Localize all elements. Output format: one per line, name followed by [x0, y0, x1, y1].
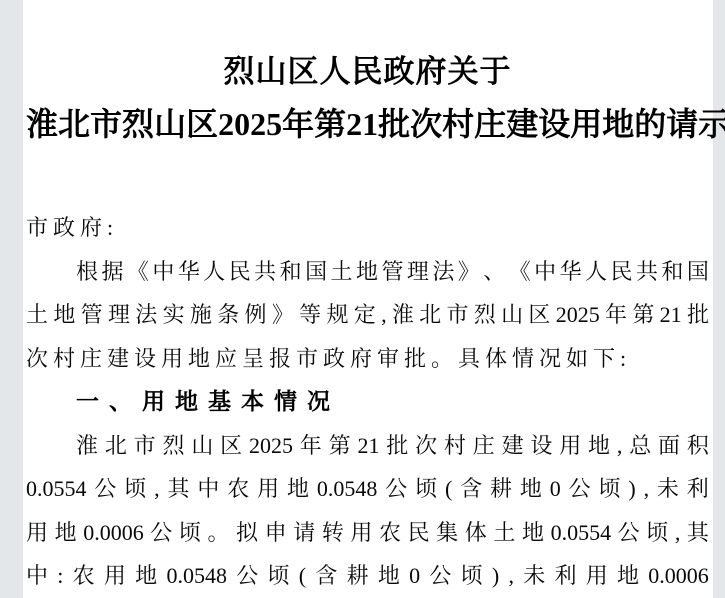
body-line: 用地0.0006公顷。拟申请转用农民集体土地0.0554公顷,其 — [26, 511, 709, 555]
text-token: 公 — [150, 511, 172, 555]
text-token: 区 — [220, 424, 242, 468]
body-line: 淮北市烈山区2025年第21批次村庄建设用地,总面积 — [26, 424, 709, 468]
text-token: , — [675, 511, 681, 555]
text-token: 用 — [257, 467, 279, 511]
text-token: 烈 — [474, 293, 496, 337]
text-token: 烈 — [122, 97, 154, 151]
text-token: 地 — [53, 293, 75, 337]
text-token: 0.0006 — [83, 511, 144, 555]
text-token: 市 — [90, 97, 122, 151]
text-token: 地 — [588, 424, 610, 468]
text-token: 华 — [178, 250, 200, 294]
text-token: 山 — [154, 97, 186, 151]
text-token: 用 — [26, 511, 48, 555]
text-token: 其 — [687, 511, 709, 555]
text-token: 法 — [432, 250, 454, 294]
text-token: 地 — [378, 554, 400, 598]
text-token: 山 — [191, 424, 213, 468]
text-token: 利 — [554, 554, 576, 598]
text-token: ( — [445, 467, 452, 511]
text-token: 土 — [493, 511, 515, 555]
text-token: 21 — [346, 97, 378, 151]
text-token: 公 — [429, 554, 451, 598]
text-token: 顷 — [124, 467, 146, 511]
body-line: 市政府: — [26, 206, 709, 250]
text-token: 华 — [560, 250, 582, 294]
document-viewer: 烈山区人民政府关于 淮北市烈山区2025年第21批次村庄建设用地的请示 市政府:… — [0, 0, 725, 598]
text-token: 批 — [386, 424, 408, 468]
text-token: 未 — [657, 467, 679, 511]
text-token: 耕 — [490, 467, 512, 511]
body-line: 中:农用地0.0548公顷(含耕地0公顷),未利用地0.0006 — [26, 554, 709, 598]
text-token: , — [644, 467, 650, 511]
text-token: 《 — [127, 250, 149, 294]
text-token: 北 — [419, 293, 441, 337]
text-token: 公 — [569, 467, 591, 511]
text-token: 年 — [300, 424, 322, 468]
text-token: 设 — [530, 424, 552, 468]
text-token: 根 — [76, 250, 98, 294]
text-token: ( — [299, 554, 306, 598]
text-token: 顷 — [461, 554, 483, 598]
text-token: 集 — [436, 511, 458, 555]
text-token: 据 — [101, 250, 123, 294]
text-token: 0 — [409, 554, 420, 598]
text-token: 国 — [305, 250, 327, 294]
text-token: ) — [492, 554, 499, 598]
text-token: 施 — [190, 293, 212, 337]
text-token: 第 — [329, 424, 351, 468]
text-token: ) — [628, 467, 635, 511]
text-token: 淮 — [26, 97, 58, 151]
text-token: 《 — [509, 250, 531, 294]
text-token: 第 — [632, 293, 654, 337]
text-token: 农 — [227, 467, 249, 511]
section-heading: 一、用地基本情况 — [26, 380, 709, 424]
text-token: 公 — [385, 467, 407, 511]
text-token: 理 — [407, 250, 429, 294]
body-line: 土地管理法实施条例》等规定,淮北市烈山区2025年第21批 — [26, 293, 709, 337]
text-token: 0.0554 — [551, 511, 612, 555]
text-token: 顷 — [646, 511, 668, 555]
text-token: 用 — [350, 511, 372, 555]
text-token: 农 — [73, 554, 95, 598]
text-token: 共 — [254, 250, 276, 294]
text-token: 市 — [446, 293, 468, 337]
text-token: 建 — [506, 97, 538, 151]
text-token: 0.0548 — [166, 554, 227, 598]
title-line-1: 烈山区人民政府关于 — [26, 47, 709, 97]
text-token: 村 — [444, 424, 466, 468]
text-token: 用 — [104, 554, 126, 598]
text-token: 用 — [570, 97, 602, 151]
text-token: 积 — [687, 424, 709, 468]
text-token: 年 — [605, 293, 627, 337]
text-token: 条 — [217, 293, 239, 337]
body-line: 次村庄建设用地应呈报市政府审批。具体情况如下: — [26, 337, 709, 381]
text-token: 地 — [602, 97, 634, 151]
text-token: 北 — [58, 97, 90, 151]
text-token: 拟 — [236, 511, 258, 555]
text-token: 0.0006 — [648, 554, 709, 598]
text-token: 顷 — [415, 467, 437, 511]
text-token: 农 — [379, 511, 401, 555]
text-token: 用 — [586, 554, 608, 598]
page-content: 烈山区人民政府关于 淮北市烈山区2025年第21批次村庄建设用地的请示 市政府:… — [23, 47, 713, 598]
text-token: 、 — [483, 250, 505, 294]
text-token: 民 — [229, 250, 251, 294]
text-token: 21 — [660, 293, 682, 337]
text-token: 顷 — [179, 511, 201, 555]
document-title: 烈山区人民政府关于 淮北市烈山区2025年第21批次村庄建设用地的请示 — [26, 47, 709, 151]
text-token: 烈 — [162, 424, 184, 468]
text-token: 共 — [636, 250, 658, 294]
text-token: 定 — [354, 293, 376, 337]
text-token: 村 — [442, 97, 474, 151]
text-token: 公 — [94, 467, 116, 511]
text-token: 庄 — [473, 424, 495, 468]
text-token: 地 — [55, 511, 77, 555]
text-token: 申 — [265, 511, 287, 555]
text-token: 区 — [528, 293, 550, 337]
text-token: 2025 — [556, 293, 600, 337]
text-token: 实 — [163, 293, 185, 337]
text-token: 批 — [687, 293, 709, 337]
text-token: 中 — [152, 250, 174, 294]
text-token: 管 — [81, 293, 103, 337]
text-token: 0.0554 — [26, 467, 87, 511]
text-token: 土 — [26, 293, 48, 337]
text-token: 法 — [135, 293, 157, 337]
text-token: 面 — [658, 424, 680, 468]
document-page: 烈山区人民政府关于 淮北市烈山区2025年第21批次村庄建设用地的请示 市政府:… — [23, 0, 713, 598]
text-token: 含 — [460, 467, 482, 511]
text-token: , — [617, 424, 623, 468]
text-token: 淮 — [392, 293, 414, 337]
text-token: 》 — [458, 250, 480, 294]
text-token: , — [508, 554, 514, 598]
text-token: 公 — [618, 511, 640, 555]
text-token: 地 — [520, 467, 542, 511]
text-token: 2025 — [249, 424, 293, 468]
text-token: 中 — [26, 554, 48, 598]
text-token: 耕 — [347, 554, 369, 598]
text-token: 21 — [357, 424, 379, 468]
text-token: , — [381, 293, 387, 337]
text-token: 民 — [611, 250, 633, 294]
body-line: 根据《中华人民共和国土地管理法》、《中华人民共和国 — [26, 250, 709, 294]
text-token: 中 — [197, 467, 219, 511]
text-token: 的 — [634, 97, 666, 151]
text-token: 次 — [410, 97, 442, 151]
text-token: 公 — [236, 554, 258, 598]
text-token: 管 — [381, 250, 403, 294]
text-token: 顷 — [267, 554, 289, 598]
text-token: 淮 — [76, 424, 98, 468]
text-token: 体 — [465, 511, 487, 555]
title-line-2: 淮北市烈山区2025年第21批次村庄建设用地的请示 — [26, 97, 709, 151]
text-token: 人 — [203, 250, 225, 294]
text-token: 0.0548 — [317, 467, 378, 511]
text-token: 顷 — [599, 467, 621, 511]
text-token: 地 — [287, 467, 309, 511]
text-token: 和 — [280, 250, 302, 294]
text-token: 请 — [666, 97, 698, 151]
text-token: 规 — [326, 293, 348, 337]
text-token: 国 — [687, 250, 709, 294]
text-token: 山 — [501, 293, 523, 337]
text-token: 请 — [293, 511, 315, 555]
text-token: 第 — [314, 97, 346, 151]
text-token: 庄 — [474, 97, 506, 151]
text-token: 未 — [523, 554, 545, 598]
text-token: 2025 — [218, 97, 282, 151]
text-token: 地 — [356, 250, 378, 294]
body-line: 0.0554公顷,其中农用地0.0548公顷(含耕地0公顷),未利 — [26, 467, 709, 511]
text-token: 区 — [186, 97, 218, 151]
text-token: 建 — [502, 424, 524, 468]
text-token: 等 — [299, 293, 321, 337]
document-body: 市政府:根据《中华人民共和国土地管理法》、《中华人民共和国土地管理法实施条例》等… — [26, 206, 709, 598]
text-token: 民 — [408, 511, 430, 555]
text-token: 设 — [538, 97, 570, 151]
text-token: 用 — [559, 424, 581, 468]
text-token: 市 — [134, 424, 156, 468]
text-token: : — [57, 554, 63, 598]
text-token: 土 — [331, 250, 353, 294]
text-token: 地 — [522, 511, 544, 555]
text-token: 批 — [378, 97, 410, 151]
text-token: 地 — [617, 554, 639, 598]
text-token: 含 — [315, 554, 337, 598]
text-token: 理 — [108, 293, 130, 337]
text-token: 转 — [322, 511, 344, 555]
text-token: 和 — [661, 250, 683, 294]
text-token: 总 — [629, 424, 651, 468]
text-token: 。 — [207, 511, 229, 555]
text-token: 利 — [687, 467, 709, 511]
text-token: 0 — [550, 467, 561, 511]
text-token: , — [154, 467, 160, 511]
text-token: 》 — [272, 293, 294, 337]
text-token: 次 — [415, 424, 437, 468]
text-token: 北 — [105, 424, 127, 468]
text-token: 年 — [282, 97, 314, 151]
text-token: 人 — [585, 250, 607, 294]
text-token: 例 — [245, 293, 267, 337]
text-token: 其 — [167, 467, 189, 511]
text-token: 中 — [534, 250, 556, 294]
text-token: 地 — [135, 554, 157, 598]
text-token: 示 — [698, 97, 725, 151]
